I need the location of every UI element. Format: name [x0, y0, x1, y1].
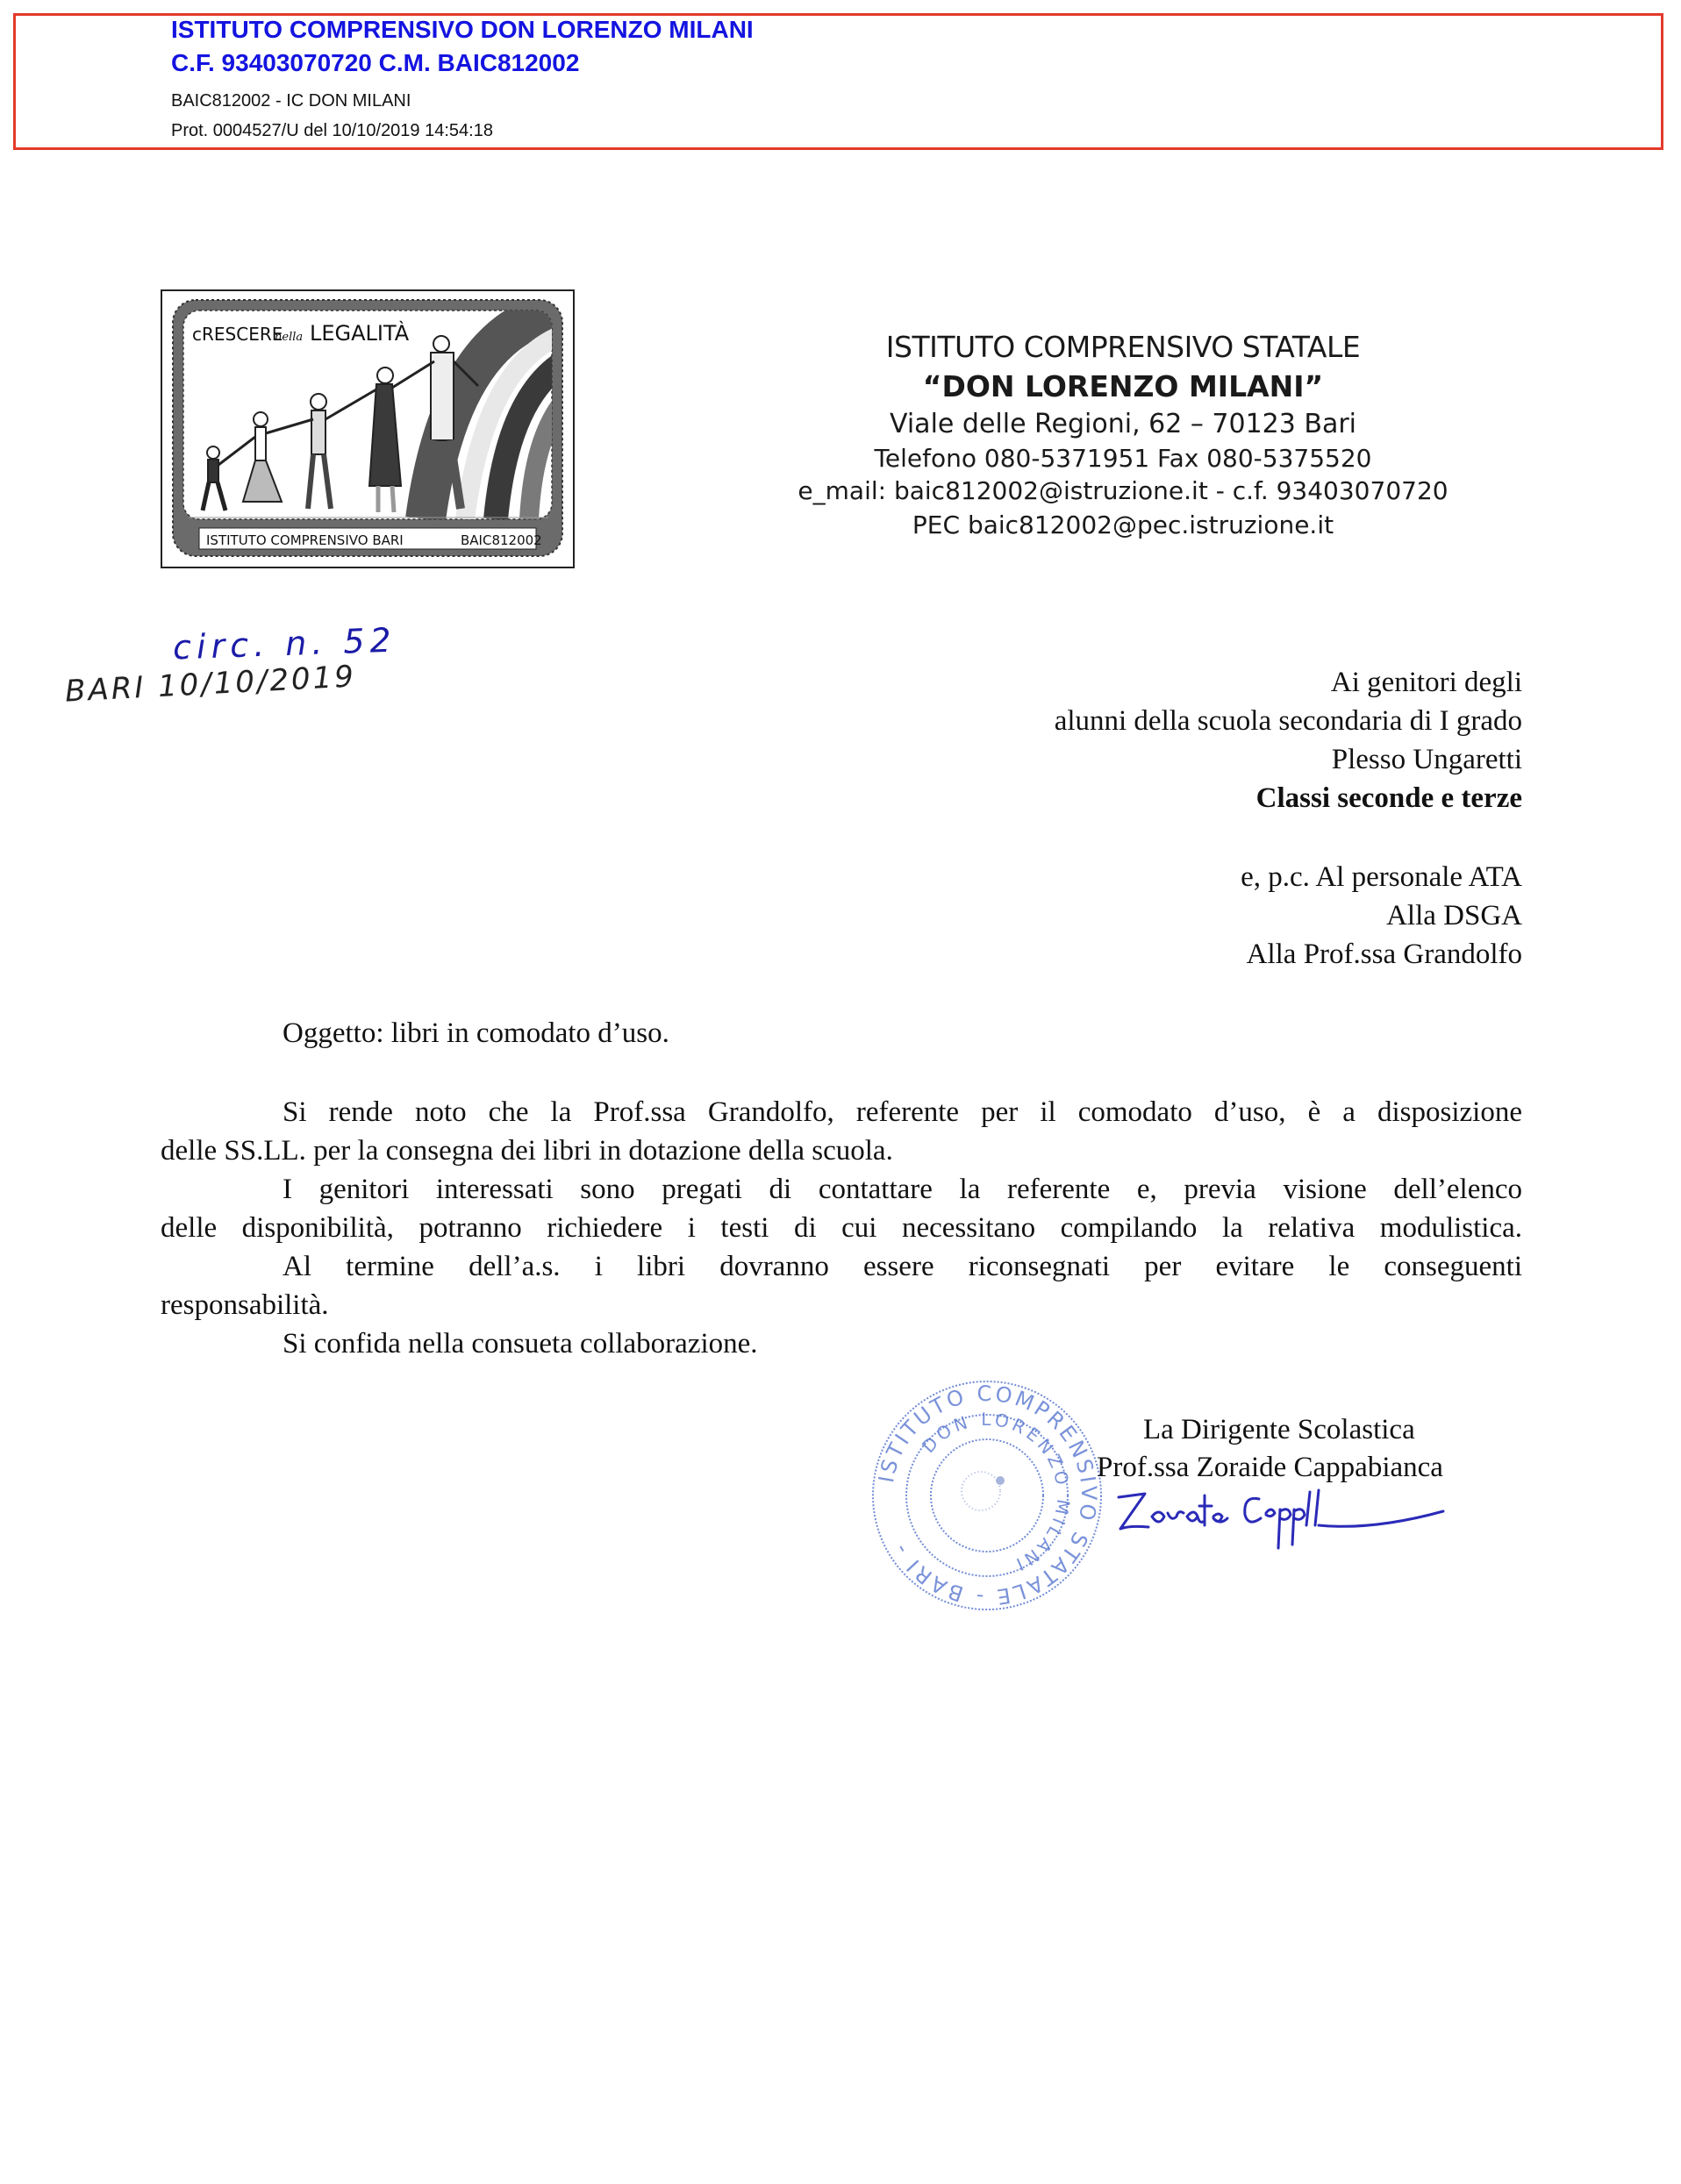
signature-role: La Dirigente Scolastica: [1143, 1414, 1415, 1446]
subject-line: Oggetto: libri in comodato d’uso.: [283, 1017, 669, 1050]
protocol-number: Prot. 0004527/U del 10/10/2019 14:54:18: [171, 121, 493, 141]
body-line: Si confida nella consueta collaborazione…: [283, 1328, 1522, 1360]
cc-line: Alla DSGA: [1386, 900, 1522, 932]
body-line: I genitori interessati sono pregati di c…: [283, 1174, 1522, 1206]
handwritten-circular-number: circ. n. 52: [172, 621, 397, 667]
body-line: Al termine dell’a.s. i libri dovranno es…: [283, 1251, 1522, 1283]
protocol-school-code: BAIC812002 - IC DON MILANI: [171, 91, 411, 111]
protocol-fiscal-code: C.F. 93403070720 C.M. BAIC812002: [171, 49, 579, 77]
letterhead-address: Viale delle Regioni, 62 – 70123 Bari: [772, 409, 1474, 439]
cc-line: e, p.c. Al personale ATA: [1241, 861, 1522, 894]
addressee-line: Ai genitori degli: [1331, 667, 1522, 699]
addressee-line: Plesso Ungaretti: [1332, 744, 1522, 776]
addressee-line: alunni della scuola secondaria di I grad…: [1055, 705, 1522, 738]
body-line: delle disponibilità, potranno richiedere…: [161, 1212, 1522, 1245]
svg-text:DON LORENZO MILANI: DON LORENZO MILANI: [918, 1409, 1074, 1576]
body-line: responsabilità.: [161, 1289, 1522, 1322]
letterhead-institute-type: ISTITUTO COMPRENSIVO STATALE: [772, 330, 1474, 364]
letterhead-phone-fax: Telefono 080-5371951 Fax 080-5375520: [772, 444, 1474, 473]
body-line: Si rende noto che la Prof.ssa Grandolfo,…: [283, 1096, 1522, 1129]
svg-text:nella: nella: [275, 331, 303, 344]
letterhead-email: e_mail: baic812002@istruzione.it - c.f. …: [772, 476, 1474, 505]
svg-text:BAIC812002: BAIC812002: [461, 532, 542, 548]
letterhead-institute-name: “DON LORENZO MILANI”: [772, 369, 1474, 403]
body-line: delle SS.LL. per la consegna dei libri i…: [161, 1135, 1522, 1167]
svg-text:cRESCERE: cRESCERE: [192, 324, 283, 345]
school-logo: cRESCERE nella LEGALITÀ: [161, 289, 575, 568]
addressee-line-bold: Classi seconde e terze: [1256, 782, 1522, 815]
protocol-institute-name: ISTITUTO COMPRENSIVO DON LORENZO MILANI: [171, 16, 754, 44]
school-seal-stamp-icon: ISTITUTO COMPRENSIVO STATALE - BARI - DO…: [869, 1377, 1105, 1614]
handwritten-signature-icon: [1110, 1487, 1461, 1557]
handwritten-place-date: BARI 10/10/2019: [64, 659, 357, 709]
letterhead-pec: PEC baic812002@pec.istruzione.it: [772, 510, 1474, 539]
cc-line: Alla Prof.ssa Grandolfo: [1247, 939, 1522, 971]
logo-illustration-icon: cRESCERE nella LEGALITÀ: [162, 291, 573, 567]
svg-text:ISTITUTO COMPRENSIVO BARI: ISTITUTO COMPRENSIVO BARI: [206, 532, 404, 548]
signature-name: Prof.ssa Zoraide Cappabianca: [1097, 1452, 1443, 1484]
svg-text:LEGALITÀ: LEGALITÀ: [310, 320, 410, 346]
